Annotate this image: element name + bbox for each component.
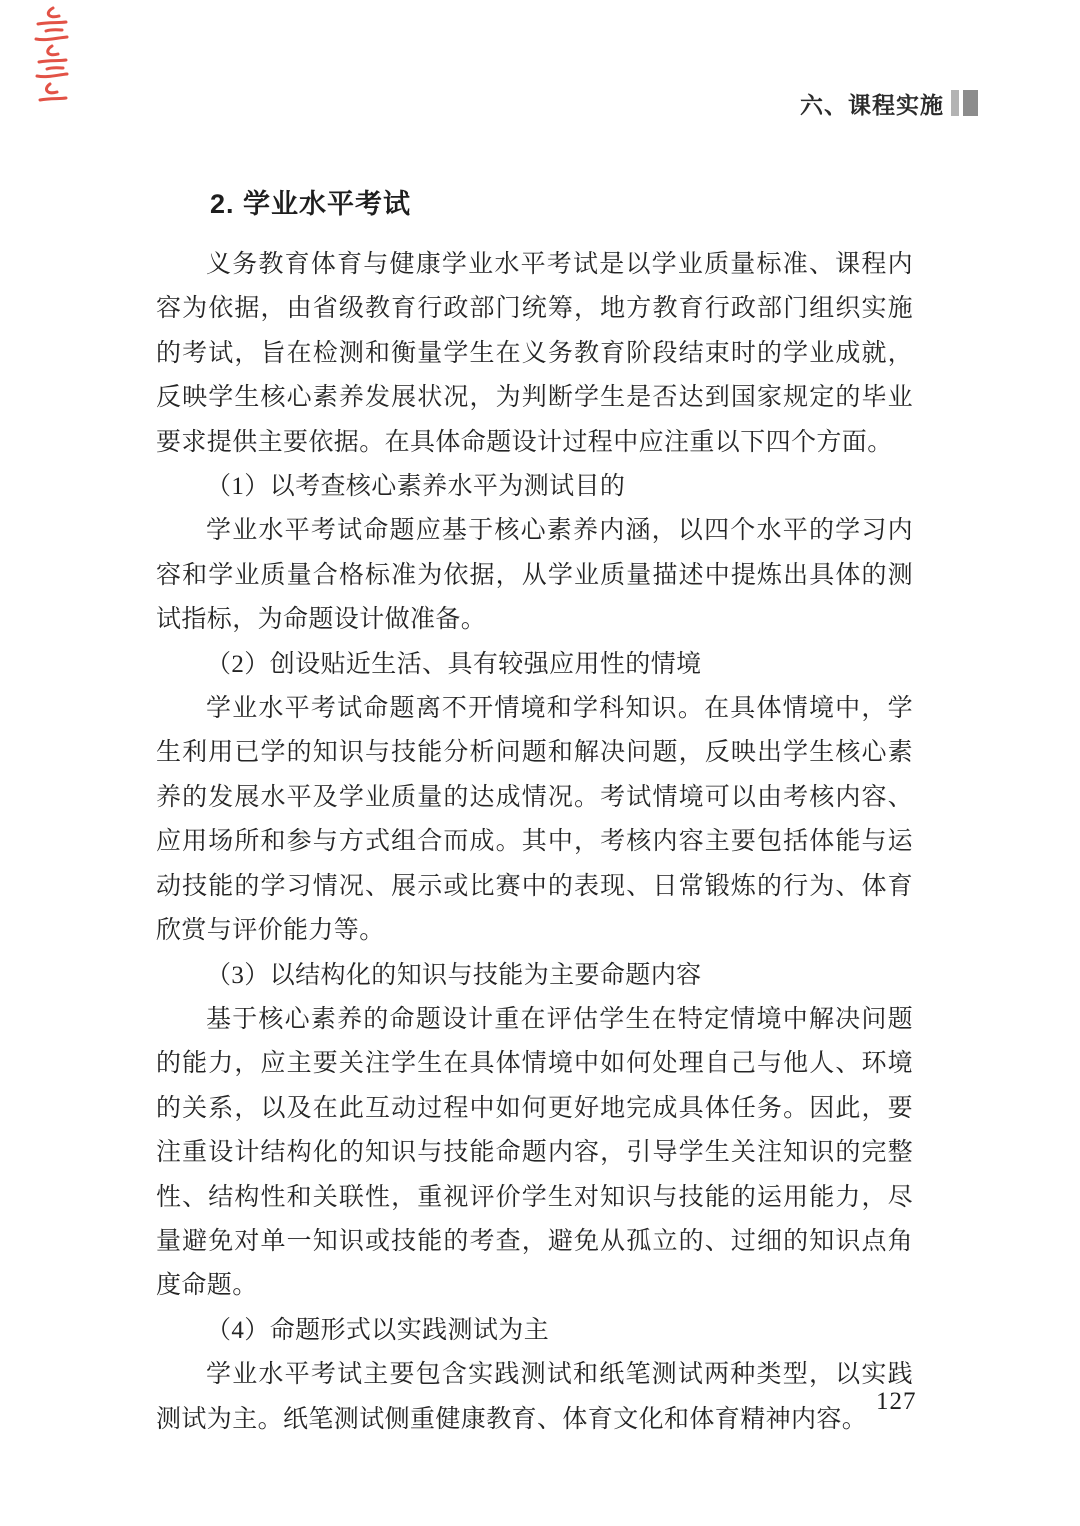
page-body: 义务教育体育与健康学业水平考试是以学业质量标准、课程内容为依据，由省级教育行政部… — [156, 243, 913, 1442]
header-bars — [951, 90, 978, 116]
book-page: { "header": { "chapter_title": "六、课程实施" … — [0, 0, 1080, 1526]
red-pen-mark-icon — [26, 4, 70, 108]
page-number: 127 — [876, 1388, 917, 1416]
body-paragraph: 学业水平考试主要包含实践测试和纸笔测试两种类型，以实践测试为主。纸笔测试侧重健康… — [156, 1353, 913, 1442]
running-header: 六、课程实施 — [800, 88, 978, 118]
body-paragraph: 学业水平考试命题离不开情境和学科知识。在具体情境中，学生利用已学的知识与技能分析… — [156, 687, 913, 953]
chapter-title: 六、课程实施 — [800, 87, 944, 120]
header-bar-dark-icon — [963, 90, 978, 116]
body-paragraph: 基于核心素养的命题设计重在评估学生在特定情境中解决问题的能力，应主要关注学生在具… — [156, 998, 913, 1309]
list-item-heading: （4）命题形式以实践测试为主 — [156, 1309, 913, 1353]
body-paragraph: 义务教育体育与健康学业水平考试是以学业质量标准、课程内容为依据，由省级教育行政部… — [156, 243, 913, 465]
section-heading: 2. 学业水平考试 — [210, 182, 411, 221]
list-item-heading: （3）以结构化的知识与技能为主要命题内容 — [156, 954, 913, 998]
body-paragraph: 学业水平考试命题应基于核心素养内涵，以四个水平的学习内容和学业质量合格标准为依据… — [156, 509, 913, 642]
list-item-heading: （1）以考查核心素养水平为测试目的 — [156, 465, 913, 509]
list-item-heading: （2）创设贴近生活、具有较强应用性的情境 — [156, 643, 913, 687]
header-bar-light-icon — [951, 90, 959, 116]
